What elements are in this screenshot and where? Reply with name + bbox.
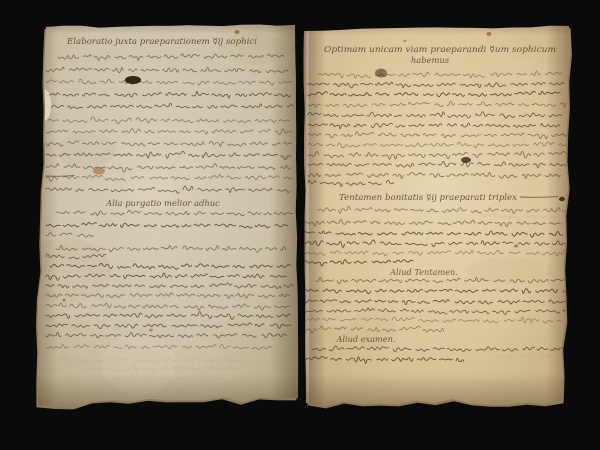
right-page-heading-tentamen: Tentamen bonitatis ☿ij praeparati triple…: [339, 192, 517, 202]
stain: [559, 197, 565, 201]
stain: [461, 157, 471, 163]
left-page-title: Elaboratio juxta praeparationem ☿ij soph…: [66, 37, 257, 47]
stain: [125, 76, 141, 84]
manuscript-photo: Elaboratio juxta praeparationem ☿ij soph…: [0, 0, 600, 450]
right-page-shading: [266, 18, 572, 410]
right-page-heading-aliud-examen: Aliud examen.: [335, 334, 395, 344]
stain: [404, 40, 407, 42]
photo-canvas: Elaboratio juxta praeparationem ☿ij soph…: [0, 0, 600, 450]
right-page-title-line2: habemus: [411, 55, 450, 65]
right-page-title-line1: Optimam unicam viam praeparandi ☿um soph…: [324, 45, 556, 55]
stain: [514, 245, 518, 248]
stain: [93, 168, 105, 175]
stain: [149, 329, 153, 332]
right-page-heading-aliud-tentamen: Aliud Tentamen.: [389, 267, 458, 277]
stain: [235, 30, 240, 34]
stain: [487, 32, 492, 36]
stain: [375, 69, 387, 78]
left-page-subheading: Alia purgatio melior adhuc: [105, 198, 220, 208]
stain: [63, 299, 66, 302]
left-page: Elaboratio juxta praeparationem ☿ij soph…: [19, 18, 316, 410]
right-page: Optimam unicam viam praeparandi ☿um soph…: [266, 18, 578, 410]
